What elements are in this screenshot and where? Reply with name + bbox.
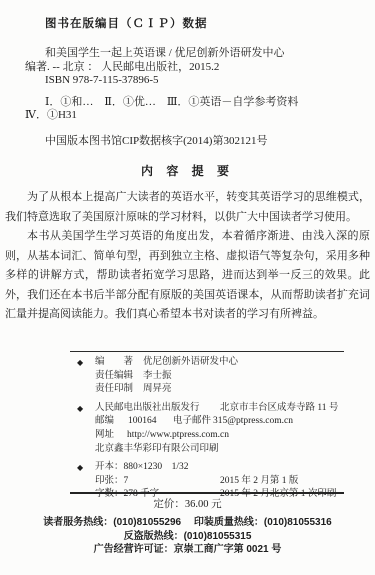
- reader-service-hotline: 读者服务热线：(010)81055296: [43, 517, 181, 528]
- cip-entry-publisher: 编著. -- 北京 ： 人民邮电出版社，2015.2: [25, 61, 375, 75]
- price-divider-rule: [70, 492, 344, 494]
- summary-paragraph-2: 本书从美国学生学习英语的角度出发，本着循序渐进、由浅入深的原则，从基本词汇、简单…: [5, 227, 370, 325]
- responsible-editor-row: 责任编辑 李士振: [70, 370, 344, 384]
- publisher-row: ◆ 人民邮电出版社出版发行 北京市丰台区成寿寺路 11 号: [70, 402, 344, 416]
- cip-block: 图书在版编目（ＣＩＰ）数据 和美国学生一起上英语课 / 优尼创新外语研发中心 编…: [0, 15, 375, 148]
- summary-paragraph-1: 为了从根本上提高广大读者的英语水平，转变其英语学习的思维模式，我们特意选取了美国…: [5, 188, 370, 227]
- format-value: 开本：880×1230 1/32: [95, 462, 189, 472]
- sheets-edition-row: 印张：7 2015 年 2 月第 1 版: [70, 475, 344, 489]
- website-url: http://www.ptpress.com.cn: [127, 429, 229, 443]
- cip-entry-title: 和美国学生一起上英语课 / 优尼创新外语研发中心: [45, 47, 375, 61]
- printer-name: 北京鑫丰华彩印有限公司印刷: [95, 444, 219, 454]
- responsible-editor-value: 李士振: [143, 370, 172, 384]
- responsible-printer-row: 责任印制 周昇亮: [70, 383, 344, 397]
- editor-value: 优尼创新外语研发中心: [143, 356, 238, 370]
- content-summary-section: 内 容 提 要 为了从根本上提高广大读者的英语水平，转变其英语学习的思维模式，我…: [5, 162, 370, 325]
- format-row: ◆ 开本：880×1230 1/32: [70, 461, 344, 475]
- website-row: 网址 http://www.ptpress.com.cn: [70, 429, 344, 443]
- editor-row: ◆ 编 著 优尼创新外语研发中心: [70, 356, 344, 370]
- cip-registration-number: 中国版本图书馆CIP数据核字(2014)第302121号: [45, 135, 375, 149]
- cip-classification-line-1: Ⅰ．①和… Ⅱ．①优… Ⅲ．①英语－自学参考资料: [45, 96, 375, 110]
- colophon-block: ◆ 编 著 优尼创新外语研发中心 责任编辑 李士振 责任印制 周昇亮 ◆ 人民邮…: [70, 351, 344, 502]
- antipiracy-hotline-line: 反盗版热线：(010)81055315: [0, 530, 375, 544]
- email-label: 电子邮件: [173, 415, 211, 429]
- book-copyright-page: 图书在版编目（ＣＩＰ）数据 和美国学生一起上英语课 / 优尼创新外语研发中心 编…: [0, 0, 375, 575]
- ad-license-line: 广告经营许可证：京崇工商广字第 0021 号: [0, 543, 375, 557]
- cip-heading: 图书在版编目（ＣＩＰ）数据: [45, 15, 375, 31]
- pricing-block: 定价：36.00 元 读者服务热线：(010)81055296 印装质量热线：(…: [0, 492, 375, 557]
- isbn-line: ISBN 978-7-115-37896-5: [45, 74, 375, 88]
- publisher-name: 人民邮电出版社出版发行: [95, 403, 200, 413]
- price-line: 定价：36.00 元: [0, 498, 375, 511]
- publisher-address: 北京市丰台区成寿寺路 11 号: [220, 402, 338, 416]
- website-label: 网址: [95, 430, 114, 440]
- content-summary-heading: 内 容 提 要: [5, 162, 370, 179]
- colophon-top-rule: [70, 351, 344, 352]
- responsible-printer-label: 责任印制: [95, 384, 133, 394]
- diamond-bullet-icon: ◆: [77, 402, 83, 416]
- diamond-bullet-icon: ◆: [77, 461, 83, 475]
- sheets-value: 印张：7: [95, 476, 128, 486]
- email-value: 315@ptpress.com.cn: [213, 415, 293, 429]
- editor-label: 编 著: [95, 357, 133, 367]
- printer-row: 北京鑫丰华彩印有限公司印刷: [70, 443, 344, 457]
- diamond-bullet-icon: ◆: [77, 356, 83, 370]
- responsible-editor-label: 责任编辑: [95, 371, 133, 381]
- responsible-printer-value: 周昇亮: [143, 383, 172, 397]
- postcode-label: 邮编: [95, 416, 114, 426]
- cip-classification-line-2: Ⅳ．①H31: [25, 109, 375, 123]
- service-hotlines-line: 读者服务热线：(010)81055296 印装质量热线：(010)8105531…: [0, 516, 375, 530]
- print-quality-hotline: 印装质量热线：(010)81055316: [194, 517, 332, 528]
- postcode-email-row: 邮编 100164 电子邮件 315@ptpress.com.cn: [70, 415, 344, 429]
- postcode-value: 100164: [128, 415, 157, 429]
- edition-value: 2015 年 2 月第 1 版: [220, 475, 298, 489]
